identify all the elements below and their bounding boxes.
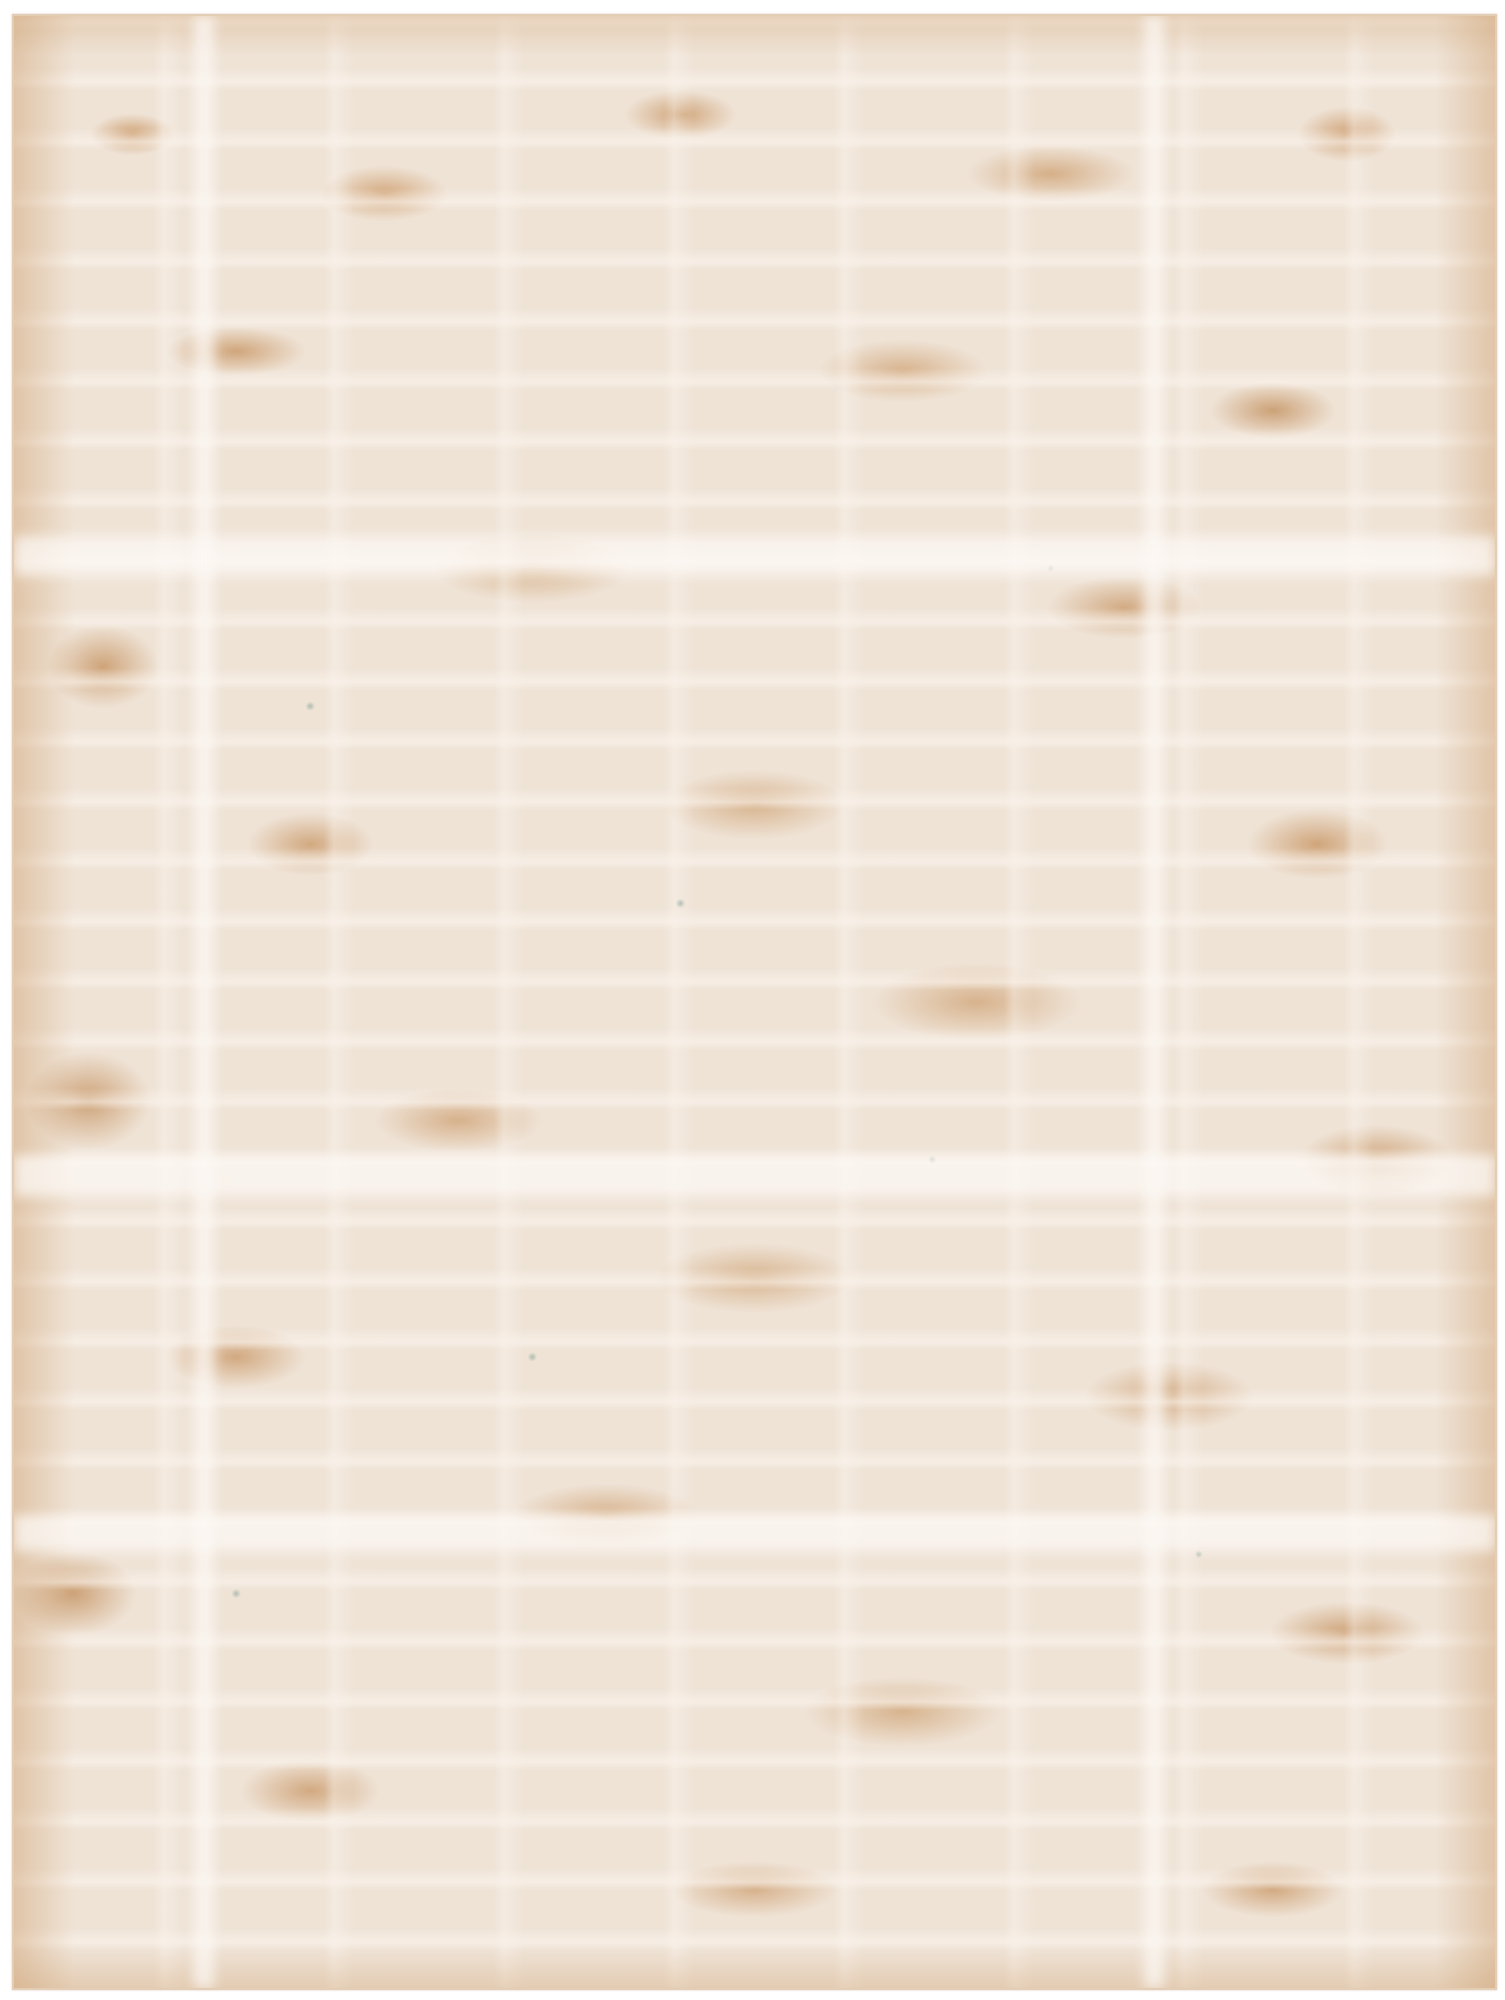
rug-light-band [14,536,1495,576]
rug [12,14,1497,1990]
rug-light-band [194,16,214,1988]
rug-light-band [1144,16,1164,1988]
rug-light-band [14,1156,1495,1196]
rug-teal-accents [14,16,1495,1988]
rug-light-band [14,1516,1495,1551]
